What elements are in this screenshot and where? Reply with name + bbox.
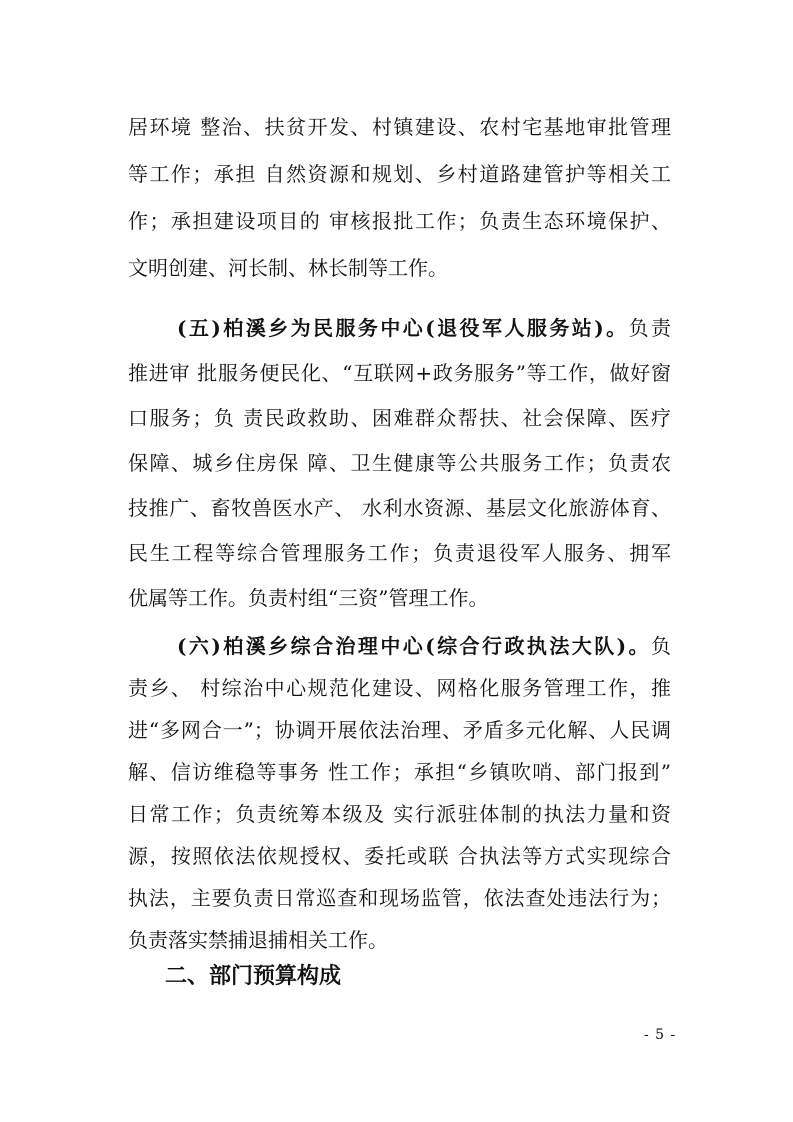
section-5-service-center: (五)柏溪乡为民服务中心(退役军人服务站)。负责 推进审 批服务便民化、“互联网…	[128, 306, 671, 621]
section-6-title-tail: 负	[651, 634, 671, 658]
text-line: 作；承担建设项目的 审核报批工作；负责生态环境保护、	[128, 198, 671, 245]
text-line: 居环境 整治、扶贫开发、村镇建设、农村宅基地审批管理	[128, 104, 671, 151]
section-6-title-line: (六)柏溪乡综合治理中心(综合行政执法大队)。负	[128, 625, 671, 667]
section-6-title: (六)柏溪乡综合治理中心(综合行政执法大队)。	[177, 634, 651, 658]
section-5-title: (五)柏溪乡为民服务中心(退役军人服务站)。	[177, 316, 629, 340]
section-5-title-line: (五)柏溪乡为民服务中心(退役军人服务站)。负责	[128, 306, 671, 351]
text-line: 进“多网合一”；协调开展依法治理、矛盾多元化解、人民调	[128, 709, 671, 751]
text-line: 解、信访维稳等事务 性工作；承担“乡镇吹哨、部门报到”	[128, 751, 671, 793]
document-page: 居环境 整治、扶贫开发、村镇建设、农村宅基地审批管理 等工作；承担 自然资源和规…	[0, 0, 793, 1122]
text-line: 保障、城乡住房保 障、卫生健康等公共服务工作；负责农	[128, 441, 671, 486]
text-line: 文明创建、河长制、林长制等工作。	[128, 245, 671, 292]
section-6-governance-center: (六)柏溪乡综合治理中心(综合行政执法大队)。负 责乡、 村综治中心规范化建设、…	[128, 625, 671, 961]
text-line: 日常工作；负责统筹本级及 实行派驻体制的执法力量和资	[128, 793, 671, 835]
paragraph-duties-overflow: 居环境 整治、扶贫开发、村镇建设、农村宅基地审批管理 等工作；承担 自然资源和规…	[128, 104, 671, 292]
section-heading-budget-composition: 二、部门预算构成	[128, 962, 671, 992]
text-line: 民生工程等综合管理服务工作；负责退役军人服务、拥军	[128, 531, 671, 576]
text-line: 等工作；承担 自然资源和规划、乡村道路建管护等相关工	[128, 151, 671, 198]
text-line: 源，按照依法依规授权、委托或联 合执法等方式实现综合	[128, 835, 671, 877]
text-line: 负责落实禁捕退捕相关工作。	[128, 919, 671, 961]
text-line: 推进审 批服务便民化、“互联网+政务服务”等工作，做好窗	[128, 351, 671, 396]
text-line: 优属等工作。负责村组“三资”管理工作。	[128, 576, 671, 621]
text-line: 责乡、 村综治中心规范化建设、网格化服务管理工作，推	[128, 667, 671, 709]
page-number: - 5 -	[644, 1026, 676, 1044]
text-line: 执法，主要负责日常巡查和现场监管，依法查处违法行为；	[128, 877, 671, 919]
text-line: 口服务；负 责民政救助、困难群众帮扶、社会保障、医疗	[128, 396, 671, 441]
text-line: 技推广、畜牧兽医水产、 水利水资源、基层文化旅游体育、	[128, 486, 671, 531]
section-5-title-tail: 负责	[629, 316, 671, 340]
